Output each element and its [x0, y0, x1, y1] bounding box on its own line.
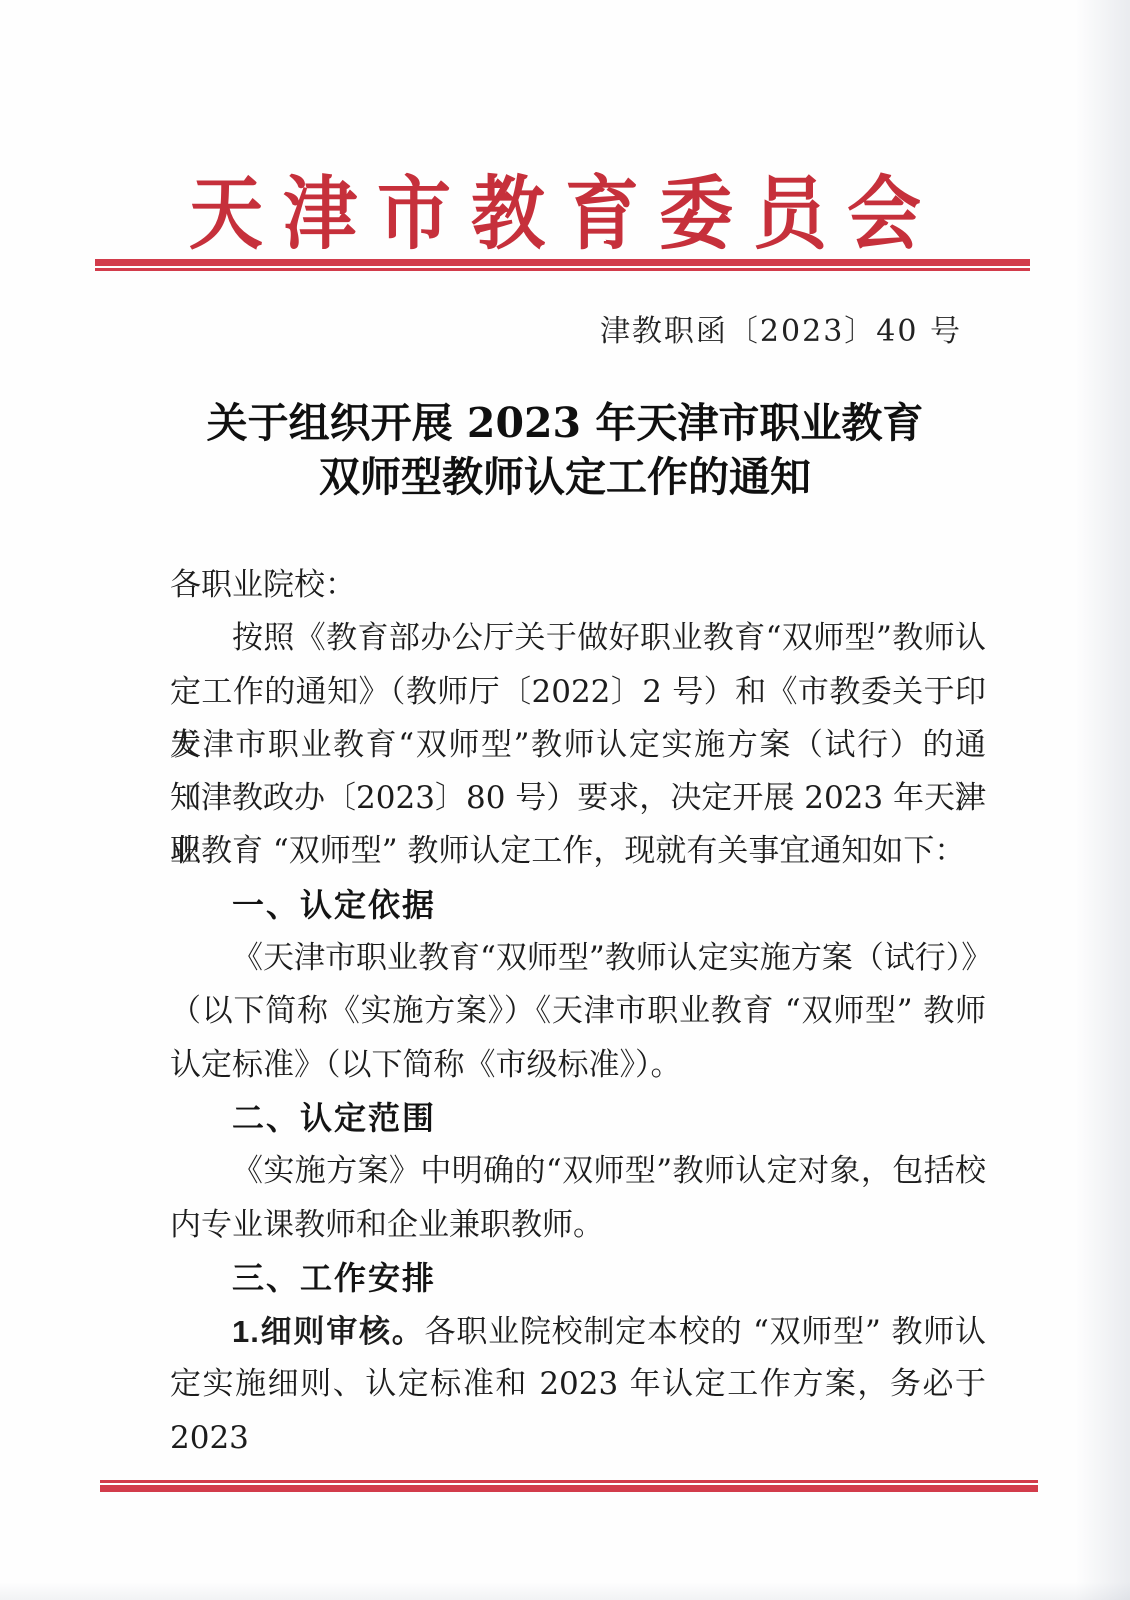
scan-shadow-bottom — [0, 1582, 1130, 1600]
body-line: 业教育 “双师型” 教师认定工作，现就有关事宜通知如下： — [170, 825, 986, 878]
body-line: 定工作的通知》（教师厅〔2022〕2 号）和《市教委关于印发 — [170, 666, 986, 719]
body-line: 1.细则审核。各职业院校制定本校的 “双师型” 教师认 — [170, 1305, 986, 1358]
salutation: 各职业院校： — [170, 559, 986, 612]
section-heading-3: 三、工作安排 — [170, 1252, 986, 1305]
divider-thin-bar — [95, 268, 1030, 271]
body-line: 认定标准》（以下简称《市级标准》）。 — [170, 1039, 986, 1092]
document-title: 关于组织开展 2023 年天津市职业教育 双师型教师认定工作的通知 — [0, 396, 1130, 504]
body-line: 天津市职业教育“双师型”教师认定实施方案（试行）的通知》 — [170, 719, 986, 772]
body-line: （津教政办〔2023〕80 号）要求，决定开展 2023 年天津职 — [170, 772, 986, 825]
letterhead-divider-line — [95, 259, 1030, 271]
divider-thick-bar — [100, 1485, 1038, 1492]
body-line: 定实施细则、认定标准和 2023 年认定工作方案，务必于 2023 — [170, 1358, 986, 1411]
body-line: 内专业课教师和企业兼职教师。 — [170, 1199, 986, 1252]
divider-thick-bar — [95, 259, 1030, 266]
letterhead-org-name: 天津市教育委员会 — [0, 151, 1130, 265]
list-item-lead: 1.细则审核。 — [232, 1314, 425, 1349]
body-line: 按照《教育部办公厅关于做好职业教育“双师型”教师认 — [170, 612, 986, 665]
body-line: （以下简称《实施方案》）《天津市职业教育 “双师型” 教师 — [170, 985, 986, 1038]
document-page: 天津市教育委员会 津教职函〔2023〕40 号 关于组织开展 2023 年天津市… — [0, 0, 1130, 1600]
section-heading-1: 一、认定依据 — [170, 879, 986, 932]
list-item-text: 各职业院校制定本校的 “双师型” 教师认 — [425, 1314, 986, 1350]
document-reference-number: 津教职函〔2023〕40 号 — [600, 306, 962, 350]
body-line: 《天津市职业教育“双师型”教师认定实施方案（试行）》 — [170, 932, 986, 985]
section-heading-2: 二、认定范围 — [170, 1092, 986, 1145]
title-line-2: 双师型教师认定工作的通知 — [0, 450, 1130, 504]
title-line-1: 关于组织开展 2023 年天津市职业教育 — [0, 396, 1130, 450]
document-body: 各职业院校： 按照《教育部办公厅关于做好职业教育“双师型”教师认 定工作的通知》… — [170, 559, 986, 1412]
footer-divider-line — [100, 1480, 1038, 1492]
body-line: 《实施方案》中明确的“双师型”教师认定对象，包括校 — [170, 1145, 986, 1198]
